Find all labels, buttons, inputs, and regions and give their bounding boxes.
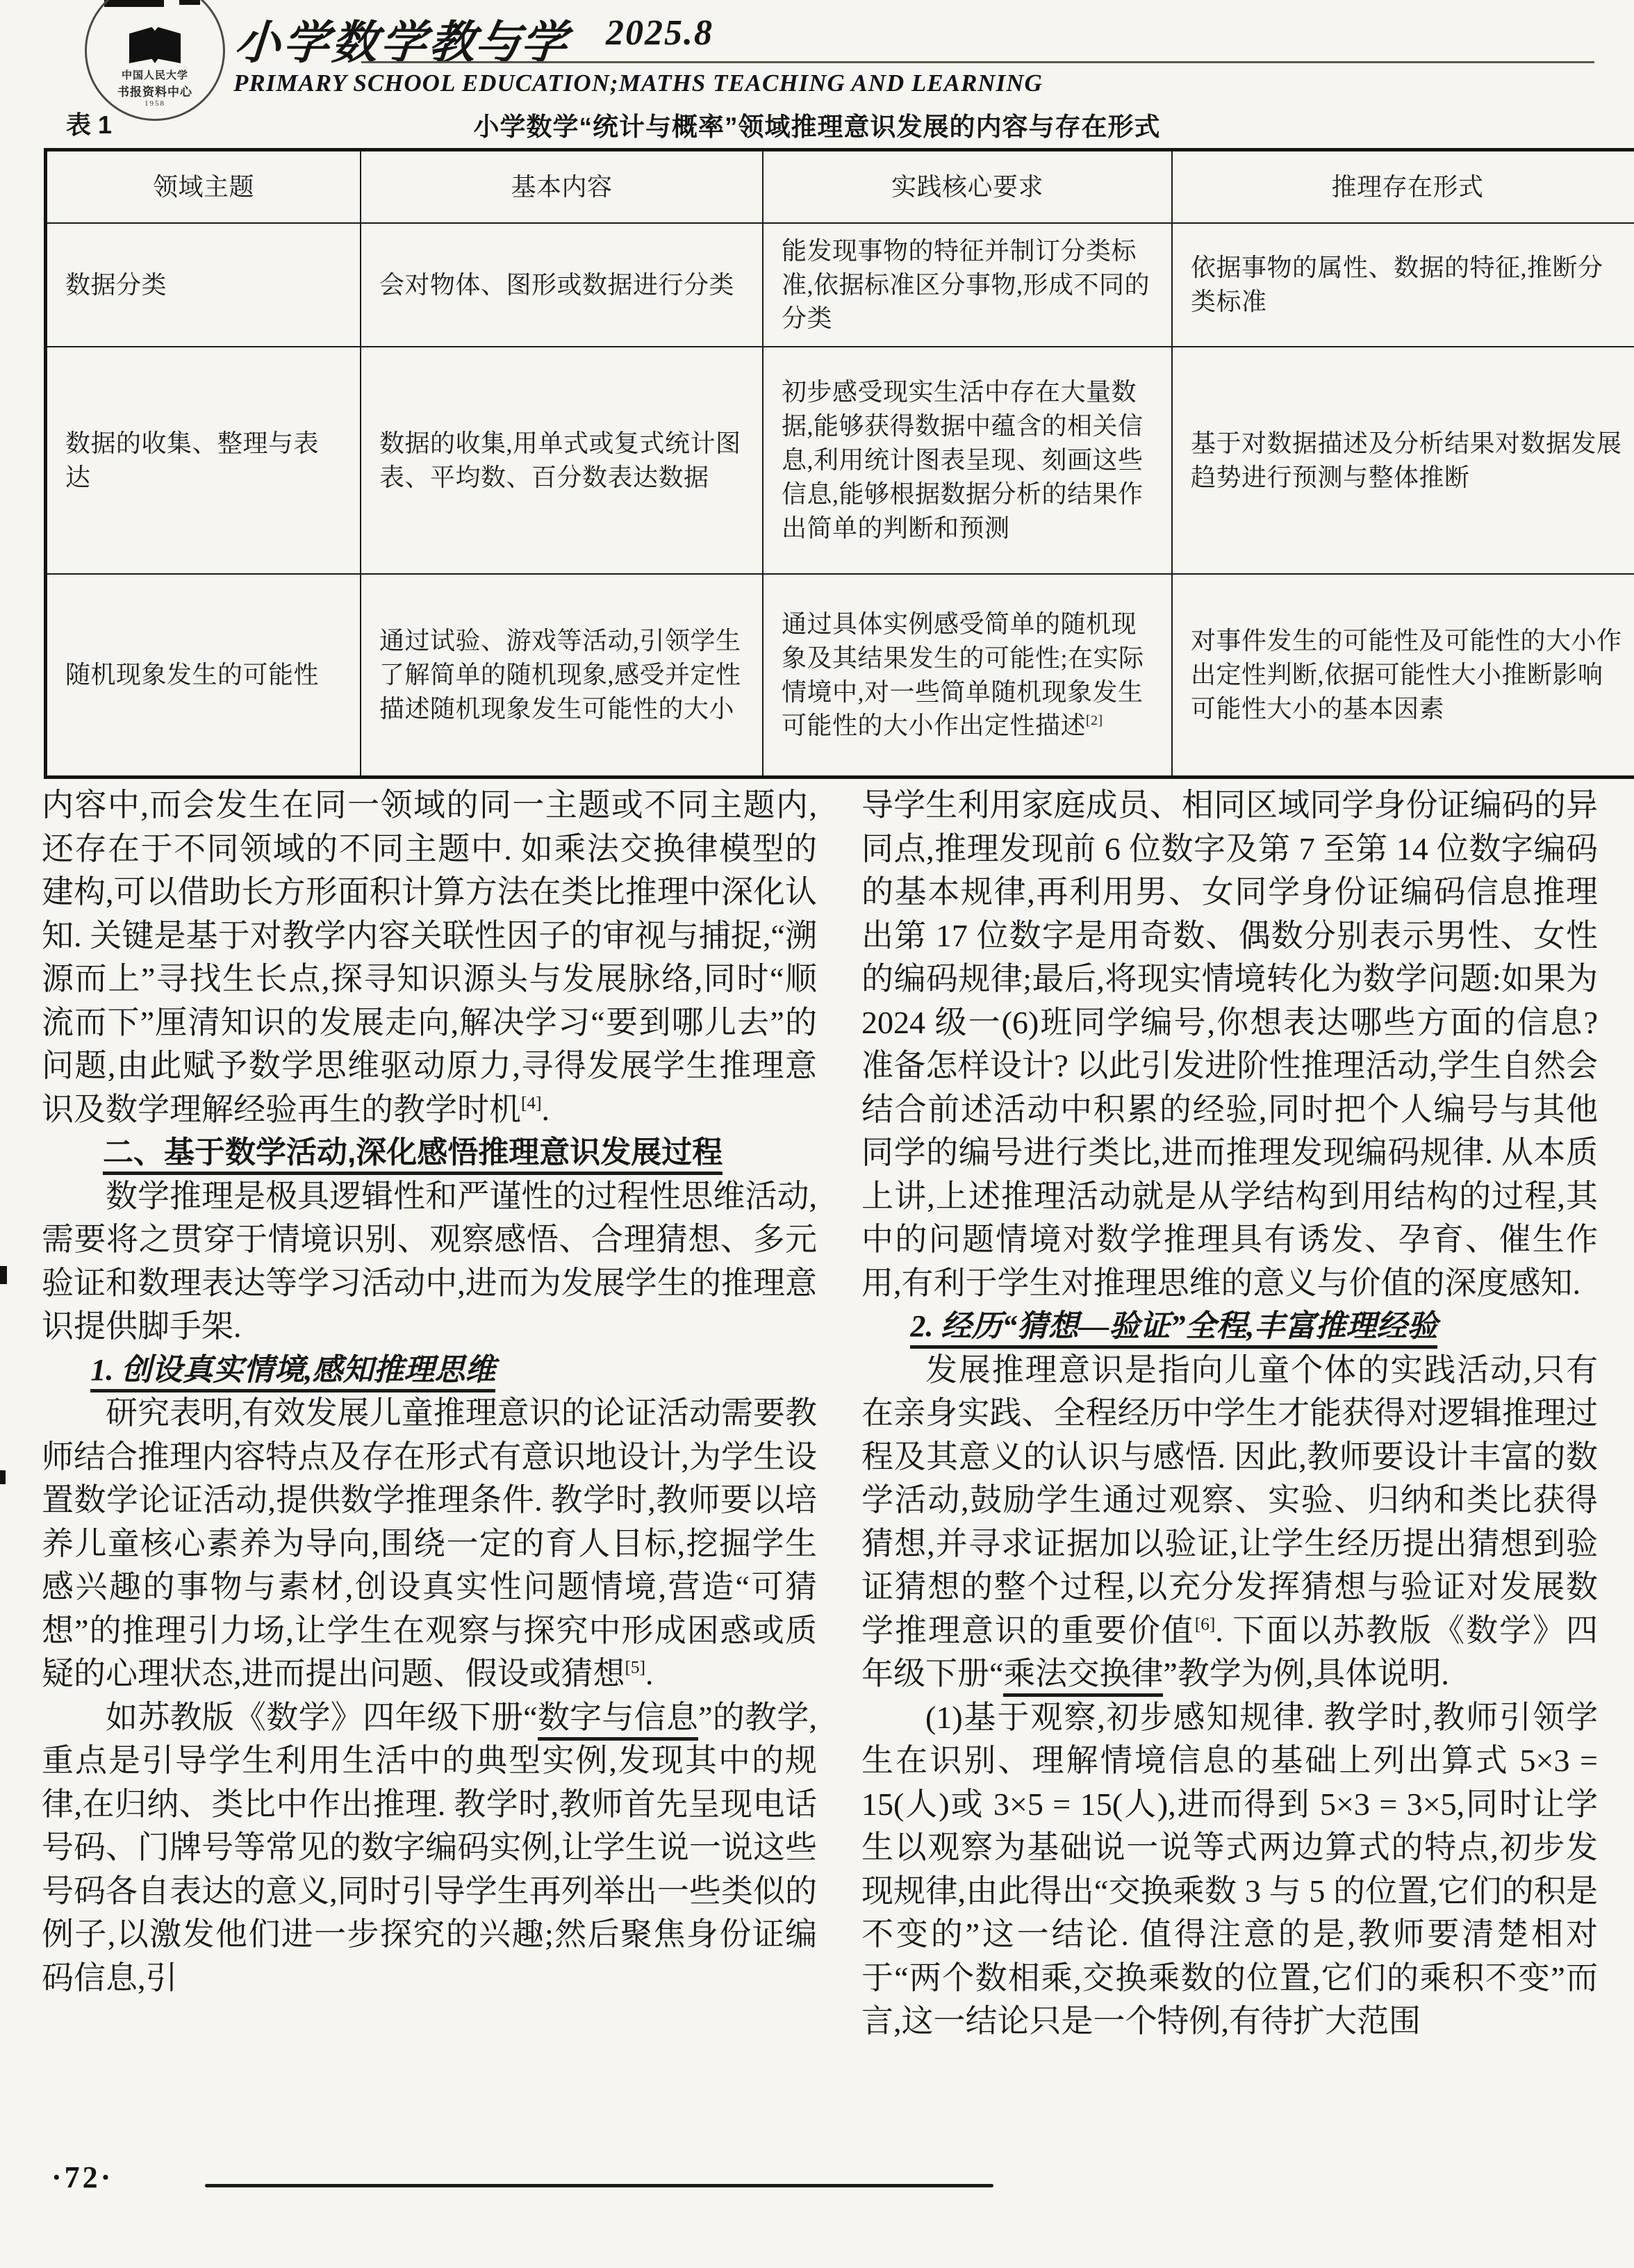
text-run: (1)基于观察,初步感知规律. 教学时,教师引领学生在识别、理解情境信息的基础上… <box>861 1700 1598 2039</box>
table-cell: 对事件发生的可能性及可能性的大小作出定性判断,依据可能性大小推断影响可能性大小的… <box>1172 574 1634 777</box>
text-run: ”教学为例,具体说明. <box>1163 1656 1449 1691</box>
reference-mark: [6] <box>1195 1614 1216 1634</box>
table-cell: 会对物体、图形或数据进行分类 <box>361 223 763 347</box>
left-column: 内容中,而会发生在同一领域的同一主题或不同主题内,还存在于不同领域的不同主题中.… <box>42 784 817 2000</box>
header-rule <box>361 61 1594 63</box>
text-run: 对事件发生的可能性及可能性的大小作出定性判断,依据可能性大小推断影响可能性大小的… <box>1191 627 1622 723</box>
text-run: 导学生利用家庭成员、相同区域同学身份证编码的异同点,推理发现前 6 位数字及第 … <box>861 787 1598 1301</box>
text-run: 数字与信息 <box>538 1700 698 1741</box>
paragraph: 导学生利用家庭成员、相同区域同学身份证编码的异同点,推理发现前 6 位数字及第 … <box>861 784 1598 1305</box>
text-run: 会对物体、图形或数据进行分类 <box>379 271 734 299</box>
reference-mark: [2] <box>1086 713 1103 728</box>
table-row: 随机现象发生的可能性通过试验、游戏等活动,引领学生了解简单的随机现象,感受并定性… <box>46 574 1634 777</box>
reference-mark: [4] <box>521 1093 542 1112</box>
journal-issue: 2025.8 <box>606 13 713 54</box>
right-column: 导学生利用家庭成员、相同区域同学身份证编码的异同点,推理发现前 6 位数字及第 … <box>861 784 1598 2044</box>
table-cell: 能发现事物的特征并制订分类标准,依据标准区分事物,形成不同的分类 <box>763 223 1172 347</box>
seal-text: 中国人民大学 <box>122 67 188 82</box>
table-cell: 初步感受现实生活中存在大量数据,能够获得数据中蕴含的相关信息,利用统计图表呈现、… <box>763 347 1172 574</box>
text-run: 如苏教版《数学》四年级下册“ <box>106 1700 538 1735</box>
section-heading: 二、基于数学活动,深化感悟推理意识发展过程 <box>42 1131 817 1175</box>
table-row: 数据分类会对物体、图形或数据进行分类能发现事物的特征并制订分类标准,依据标准区分… <box>46 223 1634 347</box>
paragraph: 内容中,而会发生在同一领域的同一主题或不同主题内,还存在于不同领域的不同主题中.… <box>42 784 817 1131</box>
text-run: . <box>542 1092 550 1127</box>
page-number: ·72· <box>51 2160 113 2195</box>
table-row: 数据的收集、整理与表达数据的收集,用单式或复式统计图表、平均数、百分数表达数据初… <box>46 347 1634 574</box>
text-run: 发展推理意识是指向儿童个体的实践活动,只有在亲身实践、全程经历中学生才能获得对逻… <box>861 1352 1598 1648</box>
text-run: 基于对数据描述及分析结果对数据发展趋势进行预测与整体推断 <box>1191 429 1622 491</box>
text-run: 乘法交换律 <box>1003 1656 1163 1697</box>
table-cell: 数据的收集、整理与表达 <box>46 347 361 574</box>
text-run: 数据的收集,用单式或复式统计图表、平均数、百分数表达数据 <box>379 429 741 491</box>
table-title: 小学数学“统计与概率”领域推理意识发展的内容与存在形式 <box>0 106 1634 143</box>
text-run: 随机现象发生的可能性 <box>65 661 319 689</box>
column-header: 实践核心要求 <box>763 150 1172 223</box>
table-cell: 数据的收集,用单式或复式统计图表、平均数、百分数表达数据 <box>361 347 763 574</box>
text-run: 二、基于数学活动,深化感悟推理意识发展过程 <box>103 1135 723 1175</box>
section-heading: 2. 经历“猜想—验证”全程,丰富推理经验 <box>861 1305 1598 1349</box>
scan-artifact <box>0 1470 6 1484</box>
table-header-row: 领域主题基本内容实践核心要求推理存在形式 <box>46 150 1634 223</box>
seal-text: 书报资料中心 <box>117 82 192 99</box>
scan-artifact <box>0 1266 7 1284</box>
footer-rule <box>205 2184 993 2187</box>
text-run: ”的教学,重点是引导学生利用生活中的典型实例,发现其中的规律,在归纳、类比中作出… <box>42 1700 817 1996</box>
column-header: 推理存在形式 <box>1172 150 1634 223</box>
text-run: 依据事物的属性、数据的特征,推断分类标准 <box>1191 254 1603 315</box>
journal-seal-icon: 中国人民大学 书报资料中心 1958 <box>85 0 225 121</box>
paragraph: (1)基于观察,初步感知规律. 教学时,教师引领学生在识别、理解情境信息的基础上… <box>861 1696 1598 2044</box>
table-body: 数据分类会对物体、图形或数据进行分类能发现事物的特征并制订分类标准,依据标准区分… <box>46 223 1634 777</box>
paragraph: 发展推理意识是指向儿童个体的实践活动,只有在亲身实践、全程经历中学生才能获得对逻… <box>861 1349 1598 1696</box>
section-heading: 1. 创设真实情境,感知推理思维 <box>42 1349 817 1392</box>
text-run: 1. 创设真实情境,感知推理思维 <box>90 1353 495 1392</box>
table-cell: 通过试验、游戏等活动,引领学生了解简单的随机现象,感受并定性描述随机现象发生可能… <box>361 574 763 777</box>
reference-mark: [5] <box>625 1658 646 1677</box>
text-run: 初步感受现实生活中存在大量数据,能够获得数据中蕴含的相关信息,利用统计图表呈现、… <box>782 378 1144 542</box>
text-run: . <box>645 1656 654 1691</box>
text-run: 内容中,而会发生在同一领域的同一主题或不同主题内,还存在于不同领域的不同主题中.… <box>42 787 817 1127</box>
text-run: 能发现事物的特征并制订分类标准,依据标准区分事物,形成不同的分类 <box>782 237 1150 333</box>
column-header: 领域主题 <box>46 150 361 223</box>
paragraph: 数学推理是极具逻辑性和严谨性的过程性思维活动,需要将之贯穿于情境识别、观察感悟、… <box>42 1175 817 1349</box>
content-table: 领域主题基本内容实践核心要求推理存在形式 数据分类会对物体、图形或数据进行分类能… <box>44 149 1634 778</box>
open-book-icon <box>129 27 181 63</box>
table-cell: 通过具体实例感受简单的随机现象及其结果发生的可能性;在实际情境中,对一些简单随机… <box>763 574 1172 777</box>
text-run: 数据的收集、整理与表达 <box>65 429 319 491</box>
scanned-journal-page: { "header": { "seal": {"line1": "中国人民大学"… <box>0 0 1634 2268</box>
paragraph: 如苏教版《数学》四年级下册“数字与信息”的教学,重点是引导学生利用生活中的典型实… <box>42 1696 817 2000</box>
table-cell: 依据事物的属性、数据的特征,推断分类标准 <box>1172 223 1634 347</box>
table-cell: 随机现象发生的可能性 <box>46 574 361 777</box>
column-header: 基本内容 <box>361 150 763 223</box>
journal-subtitle-en: PRIMARY SCHOOL EDUCATION;MATHS TEACHING … <box>233 69 1043 97</box>
text-run: 数学推理是极具逻辑性和严谨性的过程性思维活动,需要将之贯穿于情境识别、观察感悟、… <box>42 1178 817 1345</box>
text-run: 数据分类 <box>65 271 167 299</box>
table-cell: 数据分类 <box>46 223 361 347</box>
text-run: 2. 经历“猜想—验证”全程,丰富推理经验 <box>910 1309 1437 1349</box>
table-header: 领域主题基本内容实践核心要求推理存在形式 <box>46 150 1634 223</box>
text-run: 研究表明,有效发展儿童推理意识的论证活动需要教师结合推理内容特点及存在形式有意识… <box>42 1395 817 1691</box>
paragraph: 研究表明,有效发展儿童推理意识的论证活动需要教师结合推理内容特点及存在形式有意识… <box>42 1392 817 1696</box>
text-run: 通过试验、游戏等活动,引领学生了解简单的随机现象,感受并定性描述随机现象发生可能… <box>379 627 741 723</box>
table-cell: 基于对数据描述及分析结果对数据发展趋势进行预测与整体推断 <box>1172 347 1634 574</box>
